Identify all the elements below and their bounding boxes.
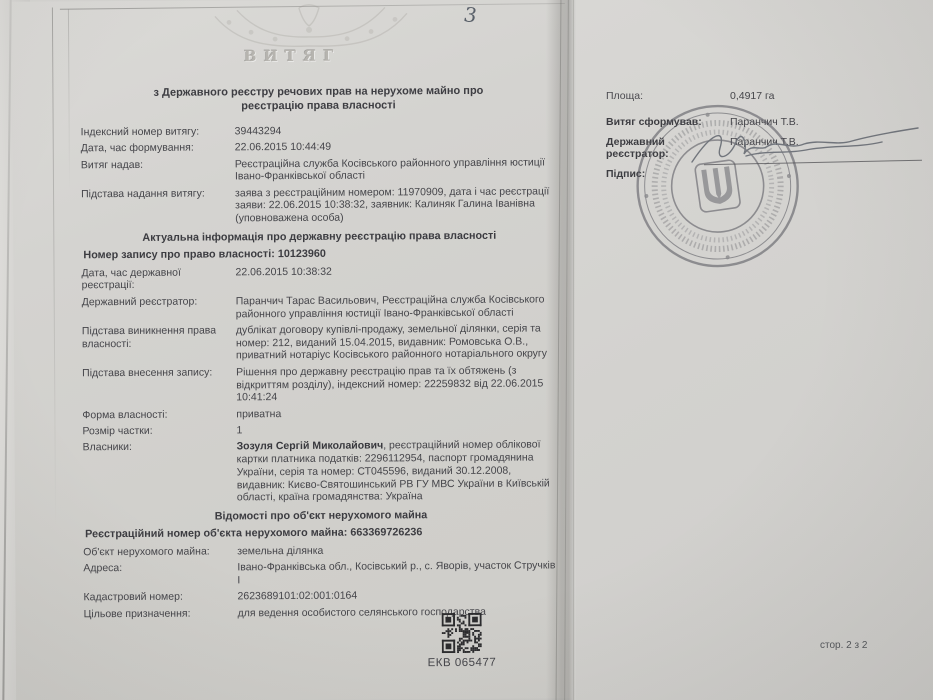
field-value: 22.06.2015 10:44:49	[235, 140, 557, 155]
document-photo: 3 ВИТЯГ з Державного реєстру речових пра…	[0, 0, 933, 700]
row-share-size: Розмір частки: 1	[82, 422, 558, 438]
field-label: Форма власності:	[82, 408, 236, 422]
field-label: Державний реєстратор:	[82, 295, 236, 322]
field-value: 2623689101:02:001:0164	[237, 589, 559, 604]
field-label: Дата, час державної реєстрації:	[81, 266, 235, 293]
field-value: дублікат договору купівлі-продажу, земел…	[236, 322, 558, 362]
row-state-registrar: Державний реєстратор: Паранчич Тарас Вас…	[82, 293, 558, 322]
field-value: 1	[236, 422, 558, 437]
row-address: Адреса: Івано-Франківська обл., Косівськ…	[83, 559, 559, 588]
row-basis-of-extract: Підстава надання витягу: заява з реєстра…	[81, 185, 557, 226]
page-frame-line	[52, 7, 56, 527]
signature	[686, 122, 933, 177]
row-owners: Власники: Зозуля Сергій Миколайович, реє…	[83, 439, 559, 506]
field-label: Витяг надав:	[81, 158, 235, 185]
heading-property-info: Відомості про об'єкт нерухомого майна	[83, 509, 559, 525]
row-extract-provider: Витяг надав: Реєстраційна служба Косівсь…	[81, 156, 557, 185]
field-label: Власники:	[83, 441, 237, 506]
field-value: приватна	[236, 406, 558, 421]
field-value: Рішення про державну реєстрацію прав та …	[236, 364, 558, 404]
row-ownership-form: Форма власності: приватна	[82, 406, 558, 422]
record-number-line: Номер запису про право власності: 101239…	[83, 246, 557, 262]
field-value: для ведення особистого селянського госпо…	[238, 605, 560, 620]
field-value: 22.06.2015 10:38:32	[235, 264, 557, 292]
field-label: Дата, час формування:	[81, 142, 235, 156]
row-record-basis: Підстава внесення запису: Рішення про де…	[82, 364, 558, 405]
qr-code: ЕКВ 065477	[426, 613, 498, 669]
heading-actual-info: Актуальна інформація про державну реєстр…	[81, 229, 557, 245]
extract-content: з Державного реєстру речових прав на нер…	[80, 0, 560, 624]
round-seal-stamp	[621, 89, 816, 288]
row-cadastral-number: Кадастровий номер: 2623689101:02:001:016…	[83, 589, 559, 605]
page-number-footer: стор. 2 з 2	[820, 640, 867, 651]
field-label: Підстава внесення запису:	[82, 366, 236, 405]
qr-code-svg	[442, 613, 482, 653]
row-ownership-basis: Підстава виникнення права власності: дуб…	[82, 322, 558, 363]
field-value: Зозуля Сергій Миколайович, реєстраційний…	[237, 439, 559, 505]
field-value: Реєстраційна служба Косівського районног…	[235, 156, 557, 184]
field-label: Кадастровий номер:	[83, 591, 237, 605]
document-title: з Державного реєстру речових прав на нер…	[122, 0, 515, 114]
field-label: Цільове призначення:	[84, 607, 238, 621]
field-value: Івано-Франківська обл., Косівський р., с…	[237, 559, 559, 587]
row-property-object: Об'єкт нерухомого майна: земельна ділянк…	[83, 543, 559, 559]
row-formation-datetime: Дата, час формування: 22.06.2015 10:44:4…	[81, 140, 557, 156]
owner-name: Зозуля Сергій Миколайович	[237, 440, 384, 453]
barcode-label: ЕКВ 065477	[426, 657, 498, 669]
extract-page-1: 3 ВИТЯГ з Державного реєстру речових пра…	[12, 0, 572, 700]
field-value: 39443294	[235, 123, 557, 138]
field-value: Паранчич Тарас Васильович, Реєстраційна …	[236, 293, 558, 321]
page-fold-line	[573, 0, 574, 700]
field-label: Підстава надання витягу:	[81, 187, 235, 226]
field-label: Розмір частки:	[82, 424, 236, 438]
field-value: заява з реєстраційним номером: 11970909,…	[235, 185, 557, 225]
field-label: Індексний номер витягу:	[81, 125, 235, 139]
field-value: земельна ділянка	[237, 543, 559, 558]
row-index-number: Індексний номер витягу: 39443294	[81, 123, 557, 139]
field-label: Адреса:	[83, 561, 237, 588]
page-frame-line	[68, 9, 70, 189]
field-label: Об'єкт нерухомого майна:	[83, 545, 237, 559]
row-registration-datetime: Дата, час державної реєстрації: 22.06.20…	[81, 264, 557, 293]
property-reg-number-line: Реєстраційний номер об'єкта нерухомого м…	[85, 525, 559, 541]
field-label: Підстава виникнення права власності:	[82, 324, 236, 363]
extract-page-2: Площа: 0,4917 га Витяг сформував: Паранч…	[576, 0, 933, 700]
